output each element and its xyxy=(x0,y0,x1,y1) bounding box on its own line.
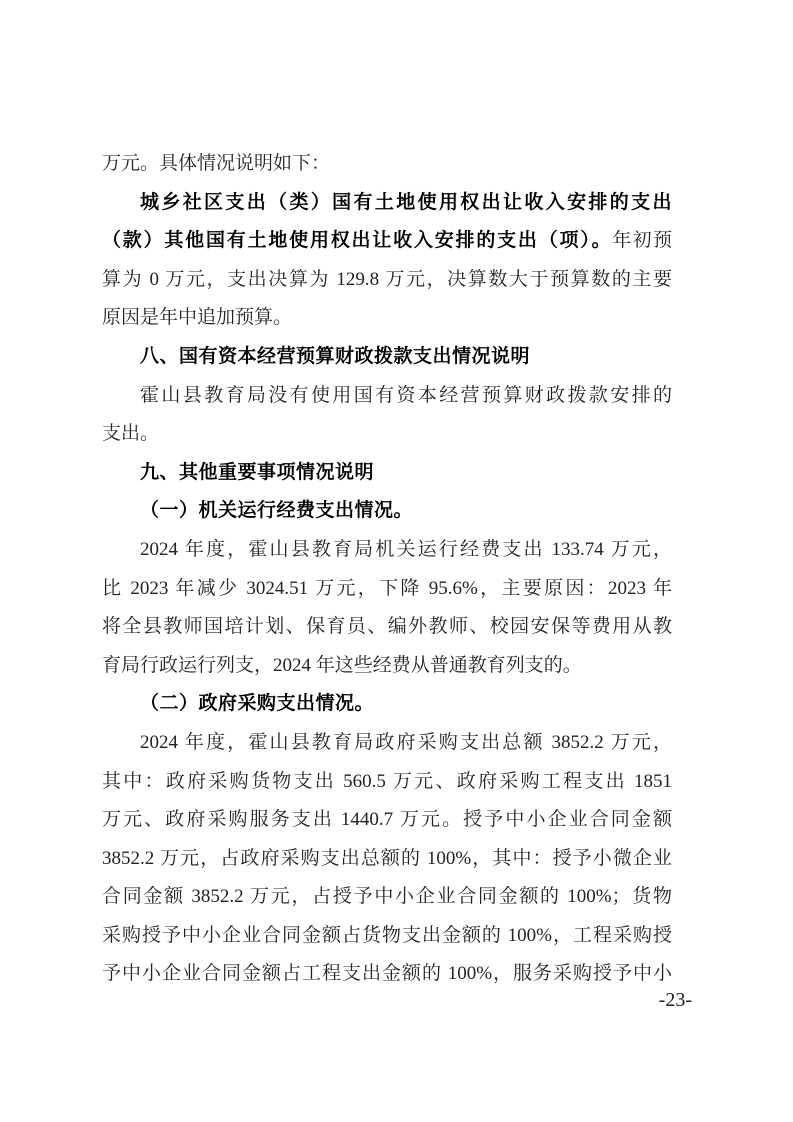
text-segment: 支出。 xyxy=(102,423,159,444)
document-line: 九、其他重要事项情况说明 xyxy=(102,454,672,493)
text-segment: 霍山县教育局没有使用国有资本经营预算财政拨款安排的 xyxy=(140,385,672,406)
bold-text-segment: 城乡社区支出（类）国有土地使用权出让收入安排的支出 xyxy=(140,192,672,213)
document-line: 采购授予中小企业合同金额占货物支出金额的 100%，工程采购授 xyxy=(102,917,672,956)
text-segment: 其中：政府采购货物支出 560.5 万元、政府采购工程支出 1851 xyxy=(102,771,672,792)
text-segment: 予中小企业合同金额占工程支出金额的 100%，服务采购授予中小 xyxy=(102,963,672,984)
text-segment: 采购授予中小企业合同金额占货物支出金额的 100%，工程采购授 xyxy=(102,925,672,946)
bold-text-segment: （款）其他国有土地使用权出让收入安排的支出（项）。 xyxy=(102,230,612,251)
text-segment: 比 2023 年减少 3024.51 万元，下降 95.6%，主要原因：2023… xyxy=(102,578,672,599)
document-line: （一）机关运行经费支出情况。 xyxy=(102,492,672,531)
text-segment: 2024 年度，霍山县教育局政府采购支出总额 3852.2 万元， xyxy=(140,732,672,753)
document-line: 2024 年度，霍山县教育局机关运行经费支出 133.74 万元， xyxy=(102,531,672,570)
document-line: 比 2023 年减少 3024.51 万元，下降 95.6%，主要原因：2023… xyxy=(102,570,672,609)
page-number: -23- xyxy=(102,988,692,1012)
document-line: 原因是年中追加预算。 xyxy=(102,299,672,338)
document-line: 合同金额 3852.2 万元，占授予中小企业合同金额的 100%；货物 xyxy=(102,878,672,917)
text-segment: 将全县教师国培计划、保育员、编外教师、校园安保等费用从教 xyxy=(102,616,672,637)
document-line: （二）政府采购支出情况。 xyxy=(102,685,672,724)
document-line: 其中：政府采购货物支出 560.5 万元、政府采购工程支出 1851 xyxy=(102,763,672,802)
text-segment: 合同金额 3852.2 万元，占授予中小企业合同金额的 100%；货物 xyxy=(102,886,672,907)
document-line: 霍山县教育局没有使用国有资本经营预算财政拨款安排的 xyxy=(102,377,672,416)
bold-text-segment: （一）机关运行经费支出情况。 xyxy=(140,500,413,521)
document-line: 八、国有资本经营预算财政拨款支出情况说明 xyxy=(102,338,672,377)
bold-text-segment: 八、国有资本经营预算财政拨款支出情况说明 xyxy=(140,346,530,367)
text-segment: 2024 年度，霍山县教育局机关运行经费支出 133.74 万元， xyxy=(140,539,672,560)
text-segment: 万元。具体情况说明如下： xyxy=(102,153,330,174)
document-line: 万元、政府采购服务支出 1440.7 万元。授予中小企业合同金额 xyxy=(102,801,672,840)
document-line: 3852.2 万元，占政府采购支出总额的 100%，其中：授予小微企业 xyxy=(102,840,672,879)
text-segment: 年初预 xyxy=(612,230,672,251)
document-line: （款）其他国有土地使用权出让收入安排的支出（项）。年初预 xyxy=(102,222,672,261)
bold-text-segment: （二）政府采购支出情况。 xyxy=(140,693,374,714)
document-line: 万元。具体情况说明如下： xyxy=(102,145,672,184)
document-line: 算为 0 万元，支出决算为 129.8 万元，决算数大于预算数的主要 xyxy=(102,261,672,300)
text-segment: 育局行政运行列支，2024 年这些经费从普通教育列支的。 xyxy=(102,655,582,676)
document-line: 支出。 xyxy=(102,415,672,454)
text-segment: 算为 0 万元，支出决算为 129.8 万元，决算数大于预算数的主要 xyxy=(102,269,672,290)
text-segment: 3852.2 万元，占政府采购支出总额的 100%，其中：授予小微企业 xyxy=(102,848,672,869)
document-line: 2024 年度，霍山县教育局政府采购支出总额 3852.2 万元， xyxy=(102,724,672,763)
text-segment: 原因是年中追加预算。 xyxy=(102,307,292,328)
document-body: 万元。具体情况说明如下：城乡社区支出（类）国有土地使用权出让收入安排的支出（款）… xyxy=(102,145,672,994)
document-line: 城乡社区支出（类）国有土地使用权出让收入安排的支出 xyxy=(102,184,672,223)
document-page: 万元。具体情况说明如下：城乡社区支出（类）国有土地使用权出让收入安排的支出（款）… xyxy=(0,0,793,1122)
bold-text-segment: 九、其他重要事项情况说明 xyxy=(140,462,374,483)
text-segment: 万元、政府采购服务支出 1440.7 万元。授予中小企业合同金额 xyxy=(102,809,672,830)
document-line: 将全县教师国培计划、保育员、编外教师、校园安保等费用从教 xyxy=(102,608,672,647)
document-line: 育局行政运行列支，2024 年这些经费从普通教育列支的。 xyxy=(102,647,672,686)
